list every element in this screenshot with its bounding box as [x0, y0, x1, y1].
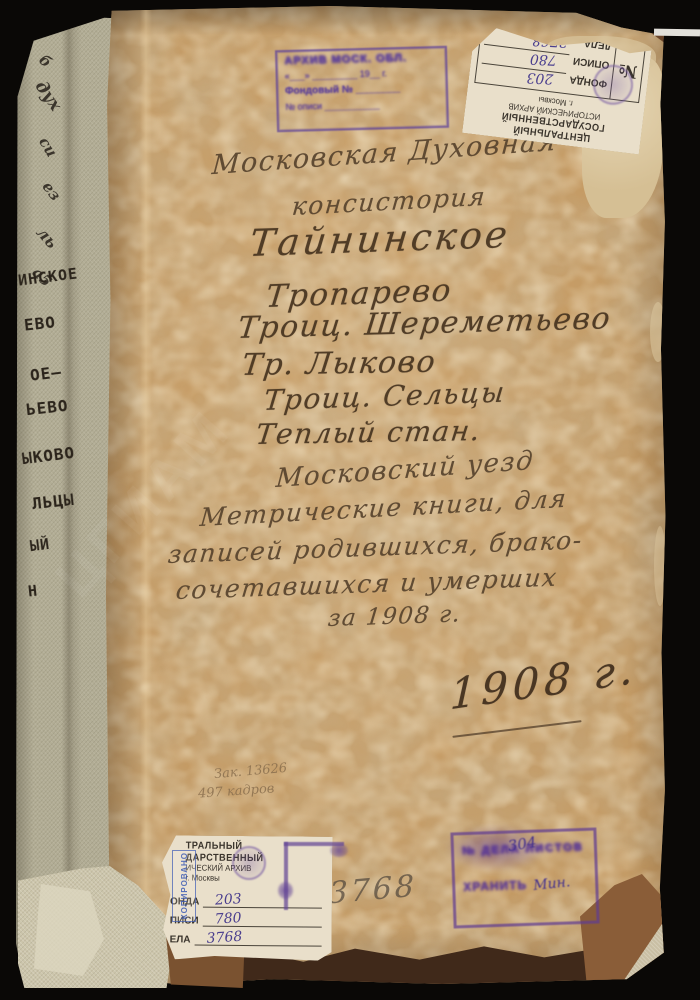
fond-row-value: 780 [214, 910, 242, 928]
round-ink-stamp [232, 846, 266, 880]
handwriting-line-church: Теплый стан. [254, 414, 483, 451]
copied-stamp: КОПИРОВАНО [172, 850, 196, 922]
spine-title-fragment: ЕВО [23, 312, 57, 334]
torn-paper-patch [654, 526, 666, 606]
stamp-text-line: АРХИВ МОСК. ОБЛ. [284, 51, 438, 67]
fond-row-value: 203 [526, 70, 554, 87]
sheet-count-stamp: № ДЕЛА ЛИСТОВ 304 ХРАНИТЬ Мин. [450, 827, 599, 928]
spine-title-fragment: ЫЙ [29, 535, 51, 555]
fond-row-value: 3768 [206, 928, 243, 946]
copied-stamp-text: КОПИРОВАНО [180, 852, 189, 919]
handwriting-line-church: Тр. Лыково [240, 345, 439, 383]
keep-label: ХРАНИТЬ [463, 878, 527, 894]
stamp-text-line: Фондовый № ________ [285, 82, 439, 97]
stamp-text-line: «___» _________ 19__ г. [285, 67, 439, 81]
scan-edge-artifact [654, 29, 700, 37]
fond-row-line: 203 [203, 890, 322, 908]
fond-row-line: 3768 [195, 928, 322, 946]
ink-blot [278, 882, 293, 899]
stamp-text-line: № описи ___________ [285, 98, 439, 112]
fond-row-label: ЕЛА [170, 934, 191, 945]
fond-row-line: 780 [203, 909, 322, 927]
archive-ink-stamp: АРХИВ МОСК. ОБЛ. «___» _________ 19__ г.… [275, 46, 449, 132]
stamp-text-line: ХРАНИТЬ Мин. [463, 875, 587, 895]
fond-row-value: 203 [215, 891, 243, 909]
spine-title-fragment: Н [27, 582, 39, 601]
handwritten-signature: Мин. [532, 874, 571, 894]
archival-photo: б дух си ез ль а5 ИНСКОЕ ЕВО ОЕ— ЬЕВО ЫК… [0, 0, 700, 1000]
stamp-frame-fragment [284, 842, 288, 910]
fond-row: ЕЛА 3768 [170, 926, 322, 946]
ink-blot [330, 844, 348, 857]
torn-paper-patch [650, 302, 666, 362]
spine-title-fragment: ОЕ— [29, 362, 63, 385]
handwriting-line: за 1908 г. [327, 601, 463, 632]
fond-row-value: 780 [530, 51, 558, 68]
